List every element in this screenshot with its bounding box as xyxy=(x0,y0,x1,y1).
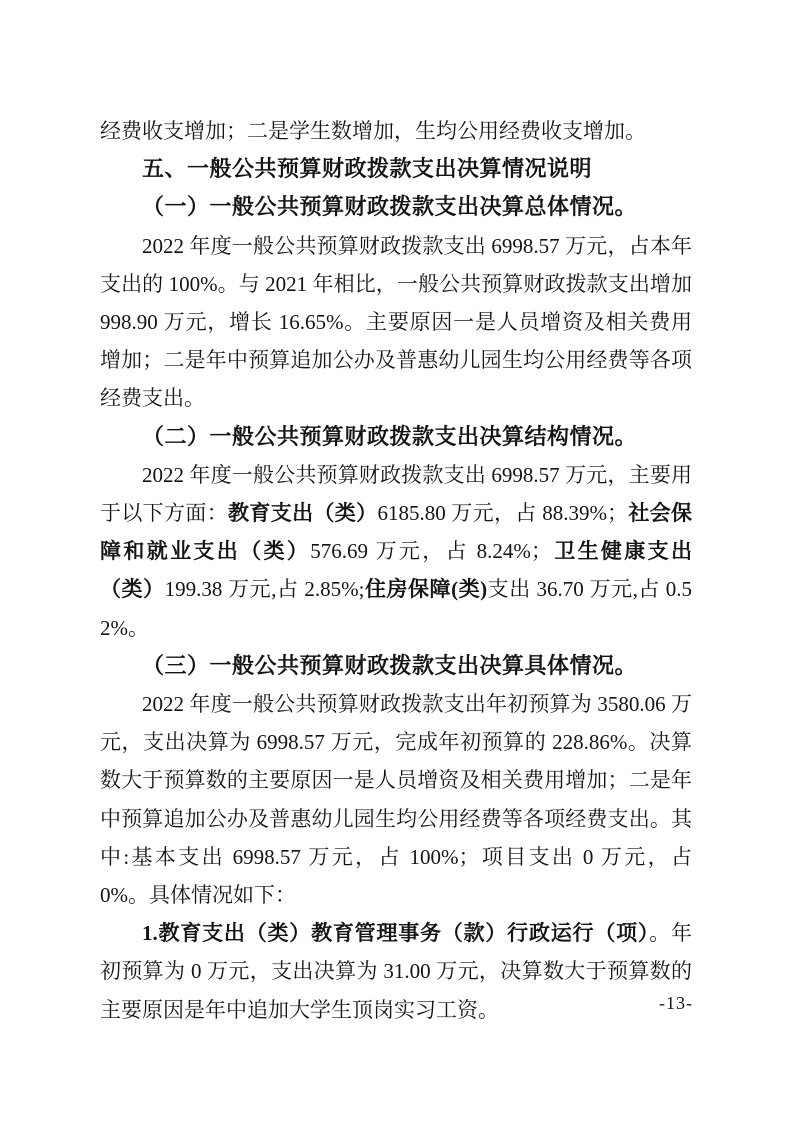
body-text: 6185.80 万元，占 88.39%； xyxy=(377,501,628,525)
para-specific-overview: 2022 年度一般公共预算财政拨款支出年初预算为 3580.06 万元，支出决算… xyxy=(100,685,692,914)
heading-section-5: 五、一般公共预算财政拨款支出决算情况说明 xyxy=(100,150,692,188)
emphasis-text: 住房保障(类) xyxy=(364,577,487,601)
heading-section-5-2: （二）一般公共预算财政拨款支出决算结构情况。 xyxy=(100,418,692,456)
page-number: -13- xyxy=(659,993,693,1014)
emphasis-text: 1.教育支出（类）教育管理事务（款）行政运行（项） xyxy=(142,921,649,945)
para-item-1: 1.教育支出（类）教育管理事务（款）行政运行（项）。年初预算为 0 万元，支出决… xyxy=(100,914,692,1029)
body-text: 经费收支增加；二是学生数增加，生均公用经费收支增加。 xyxy=(100,119,646,143)
para-overall-situation: 2022 年度一般公共预算财政拨款支出 6998.57 万元，占本年支出的 10… xyxy=(100,227,692,418)
para-carryover: 经费收支增加；二是学生数增加，生均公用经费收支增加。 xyxy=(100,112,692,150)
emphasis-text: （二）一般公共预算财政拨款支出决算结构情况。 xyxy=(142,424,637,449)
document-body: 经费收支增加；二是学生数增加，生均公用经费收支增加。五、一般公共预算财政拨款支出… xyxy=(100,112,692,1029)
heading-section-5-1: （一）一般公共预算财政拨款支出决算总体情况。 xyxy=(100,188,692,226)
emphasis-text: （一）一般公共预算财政拨款支出决算总体情况。 xyxy=(142,194,637,219)
heading-section-5-3: （三）一般公共预算财政拨款支出决算具体情况。 xyxy=(100,647,692,685)
para-structure-situation: 2022 年度一般公共预算财政拨款支出 6998.57 万元，主要用于以下方面：… xyxy=(100,456,692,647)
emphasis-text: 教育支出（类） xyxy=(228,501,377,525)
document-page: 经费收支增加；二是学生数增加，生均公用经费收支增加。五、一般公共预算财政拨款支出… xyxy=(0,0,793,1122)
emphasis-text: （三）一般公共预算财政拨款支出决算具体情况。 xyxy=(142,653,637,678)
body-text: 576.69 万元，占 8.24%； xyxy=(310,539,552,563)
body-text: 2022 年度一般公共预算财政拨款支出年初预算为 3580.06 万元，支出决算… xyxy=(100,692,692,907)
body-text: 199.38 万元,占 2.85%; xyxy=(165,577,365,601)
body-text: 2022 年度一般公共预算财政拨款支出 6998.57 万元，占本年支出的 10… xyxy=(100,234,692,411)
emphasis-text: 五、一般公共预算财政拨款支出决算情况说明 xyxy=(142,156,592,181)
